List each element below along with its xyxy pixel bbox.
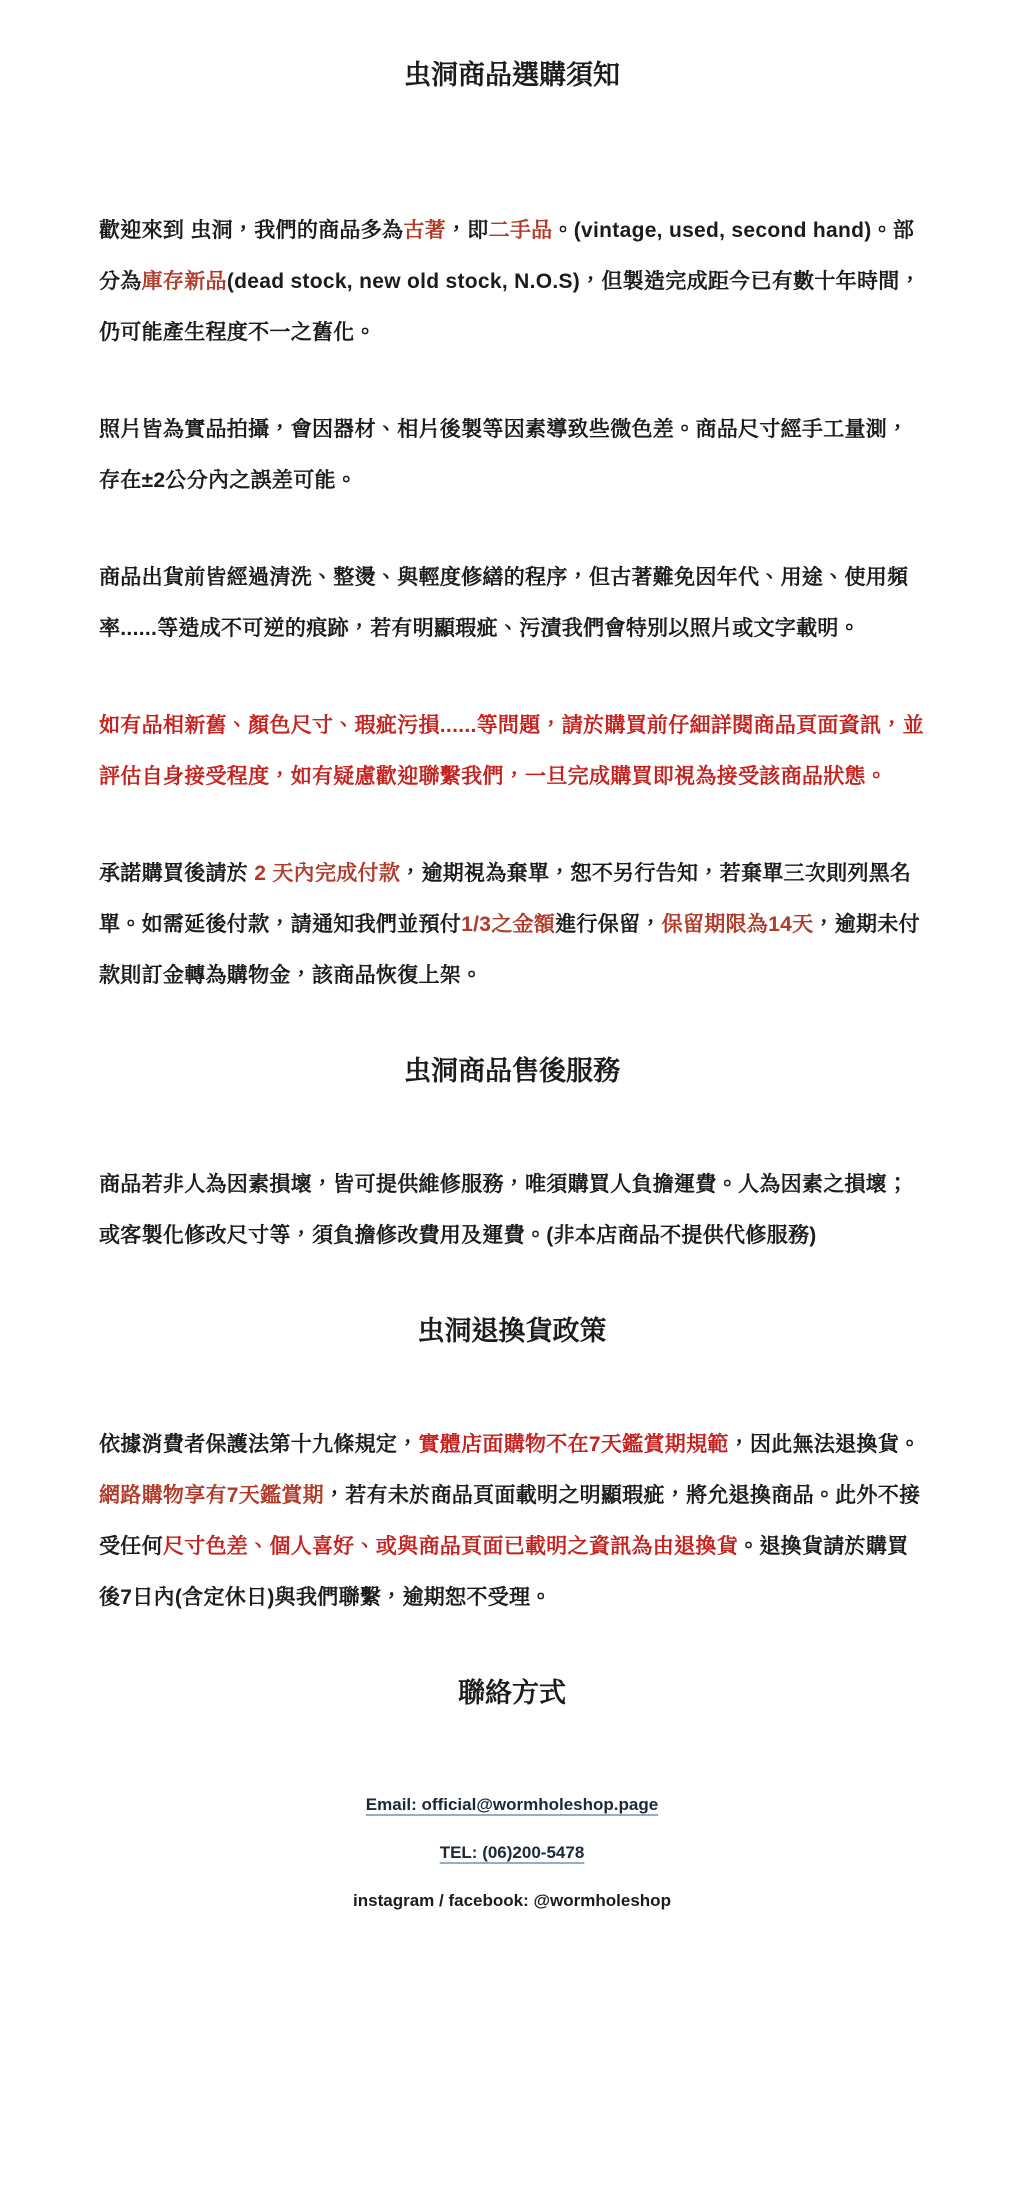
body-text: 照片皆為實品拍攝，會因器材、相片後製等因素導致些微色差。商品尺寸經手工量測，存在…: [99, 418, 908, 492]
social-handles: instagram / facebook: @wormholeshop: [99, 1877, 925, 1925]
highlighted-text: 保留期限為14天: [662, 913, 814, 936]
body-text: 依據消費者保護法第十九條規定，: [99, 1433, 419, 1456]
section-title-after-sales: 虫洞商品售後服務: [99, 1051, 925, 1091]
paragraph-payment-rules: 承諾購買後請於 2 天內完成付款，逾期視為棄單，恕不另行告知，若棄單三次則列黑名…: [99, 848, 925, 1001]
store-notice-page: 虫洞商品選購須知 歡迎來到 虫洞，我們的商品多為古著，即二手品。(vintage…: [0, 0, 1024, 2204]
paragraph-intro: 歡迎來到 虫洞，我們的商品多為古著，即二手品。(vintage, used, s…: [99, 205, 925, 358]
highlighted-text: 2 天內完成付款: [254, 862, 400, 885]
body-text: 進行保留，: [555, 913, 662, 936]
tel-link[interactable]: TEL: (06)200-5478: [440, 1843, 585, 1862]
section-title-contact: 聯絡方式: [99, 1673, 925, 1713]
body-text: 商品出貨前皆經過清洗、整燙、與輕度修繕的程序，但古著難免因年代、用途、使用頻率.…: [99, 566, 908, 640]
paragraph-after-sales: 商品若非人為因素損壞，皆可提供維修服務，唯須購買人負擔運費。人為因素之損壞；或客…: [99, 1159, 925, 1261]
paragraph-return-policy: 依據消費者保護法第十九條規定，實體店面購物不在7天鑑賞期規範，因此無法退換貨。網…: [99, 1419, 925, 1623]
contact-tel-row: TEL: (06)200-5478: [99, 1829, 925, 1877]
email-link[interactable]: Email: official@wormholeshop.page: [366, 1795, 658, 1814]
contact-email-row: Email: official@wormholeshop.page: [99, 1781, 925, 1829]
body-text: 承諾購買後請於: [99, 862, 254, 885]
body-text: ，因此無法退換貨。: [729, 1433, 921, 1456]
paragraph-condition: 商品出貨前皆經過清洗、整燙、與輕度修繕的程序，但古著難免因年代、用途、使用頻率.…: [99, 552, 925, 654]
body-text: 商品若非人為因素損壞，皆可提供維修服務，唯須購買人負擔運費。人為因素之損壞；或客…: [99, 1173, 908, 1247]
body-text: ，即: [446, 219, 489, 242]
contact-block: Email: official@wormholeshop.page TEL: (…: [99, 1781, 925, 1925]
section-title-return-policy: 虫洞退換貨政策: [99, 1311, 925, 1351]
highlighted-text: 如有品相新舊、顏色尺寸、瑕疵污損......等問題，請於購買前仔細詳閱商品頁面資…: [99, 714, 924, 788]
body-text: 歡迎來到 虫洞，我們的商品多為: [99, 219, 403, 242]
highlighted-text: 1/3之金額: [461, 913, 555, 936]
page-title-purchase-notice: 虫洞商品選購須知: [99, 55, 925, 95]
highlighted-text: 尺寸色差、個人喜好、或與商品頁面已載明之資訊為由退換貨: [163, 1535, 738, 1558]
highlighted-text: 實體店面購物不在7天鑑賞期規範: [419, 1433, 729, 1456]
paragraph-photo-disclaimer: 照片皆為實品拍攝，會因器材、相片後製等因素導致些微色差。商品尺寸經手工量測，存在…: [99, 404, 925, 506]
paragraph-warning: 如有品相新舊、顏色尺寸、瑕疵污損......等問題，請於購買前仔細詳閱商品頁面資…: [99, 700, 925, 802]
highlighted-text: 古著: [403, 219, 446, 242]
highlighted-text: 二手品: [489, 219, 553, 242]
highlighted-text: 網路購物享有7天鑑賞期: [99, 1484, 324, 1507]
highlighted-text: 庫存新品: [142, 270, 227, 293]
